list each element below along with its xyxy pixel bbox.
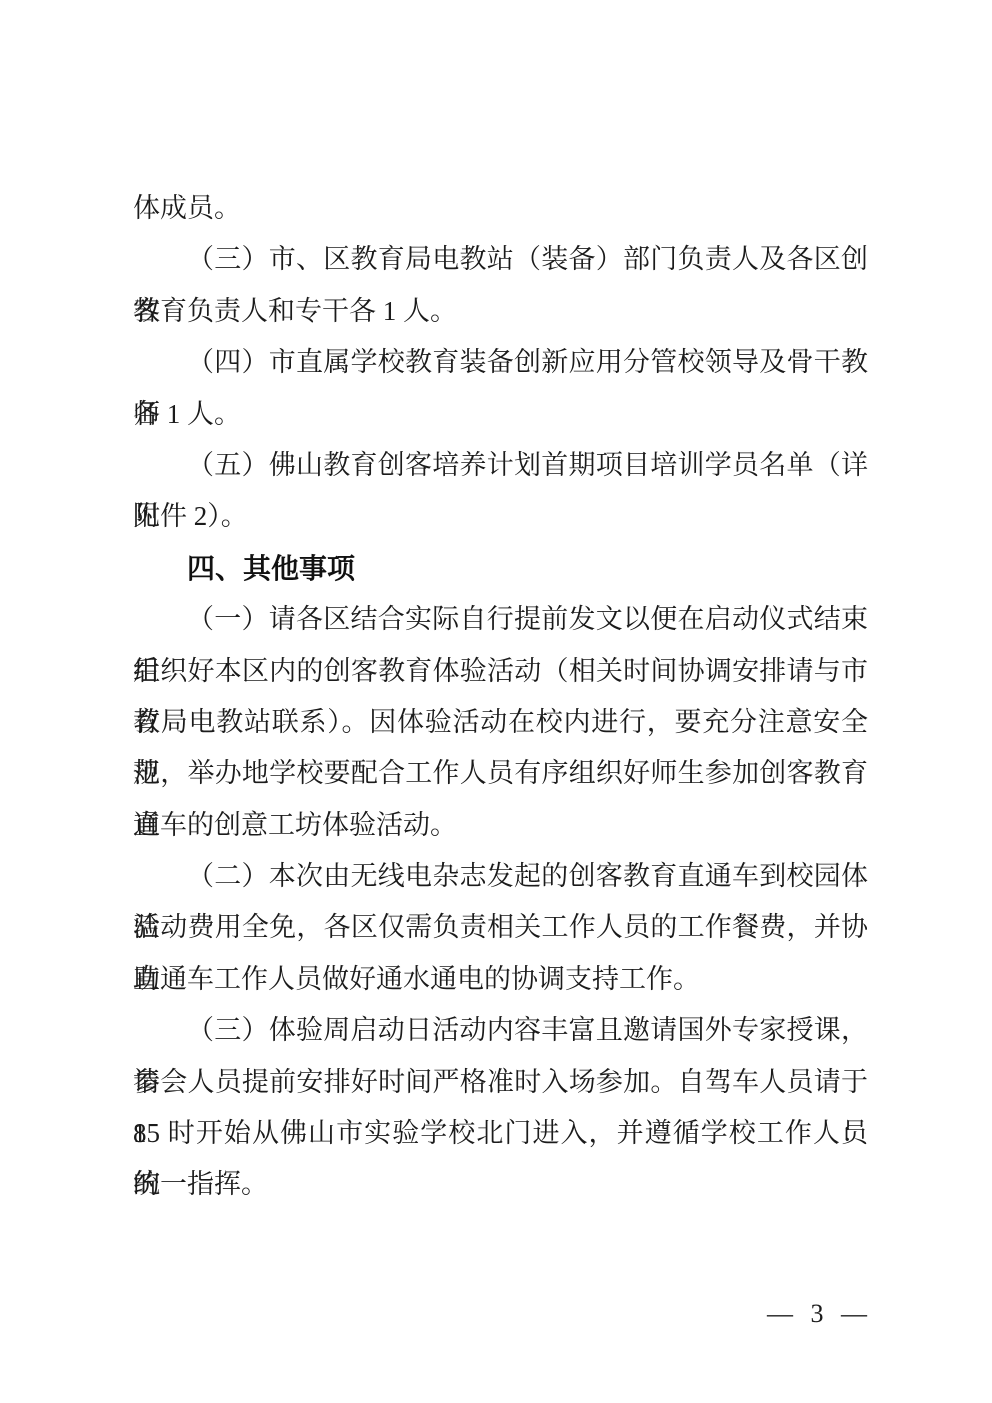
text-line: 统一指挥。	[133, 1159, 868, 1210]
text-line: 活动费用全免，各区仅需负责相关工作人员的工作餐费，并协助	[133, 902, 868, 953]
text-line: 范，举办地学校要配合工作人员有序组织好师生参加创客教育直	[133, 748, 868, 799]
text-line: 体成员。	[133, 183, 868, 234]
text-line: （五）佛山教育创客培养计划首期项目培训学员名单（详见	[133, 440, 868, 491]
text-line: （一）请各区结合实际自行提前发文以便在启动仪式结束后	[133, 594, 868, 645]
text-line: 15 时开始从佛山市实验学校北门进入，并遵循学校工作人员的	[133, 1108, 868, 1159]
text-line: （三）市、区教育局电教站（装备）部门负责人及各区创客	[133, 234, 868, 285]
text-line: 附件 2）。	[133, 491, 868, 542]
text-line: 组织好本区内的创客教育体验活动（相关时间协调安排请与市教	[133, 646, 868, 697]
text-line: 教育负责人和专干各 1 人。	[133, 286, 868, 337]
text-line: （三）体验周启动日活动内容丰富且邀请国外专家授课，请	[133, 1005, 868, 1056]
section-heading: 四、其他事项	[133, 543, 868, 594]
text-line: 各 1 人。	[133, 389, 868, 440]
page-number: — 3 —	[767, 1297, 868, 1331]
document-page: 体成员。 （三）市、区教育局电教站（装备）部门负责人及各区创客 教育负责人和专干…	[0, 0, 992, 1403]
text-line: （四）市直属学校教育装备创新应用分管校领导及骨干教师	[133, 337, 868, 388]
text-line: 育局电教站联系）。因体验活动在校内进行，要充分注意安全规	[133, 697, 868, 748]
text-line: 参会人员提前安排好时间严格准时入场参加。自驾车人员请于 8：	[133, 1057, 868, 1108]
text-line: 通车的创意工坊体验活动。	[133, 800, 868, 851]
text-line: （二）本次由无线电杂志发起的创客教育直通车到校园体验	[133, 851, 868, 902]
text-line: 直通车工作人员做好通水通电的协调支持工作。	[133, 954, 868, 1005]
document-body: 体成员。 （三）市、区教育局电教站（装备）部门负责人及各区创客 教育负责人和专干…	[133, 183, 868, 1211]
